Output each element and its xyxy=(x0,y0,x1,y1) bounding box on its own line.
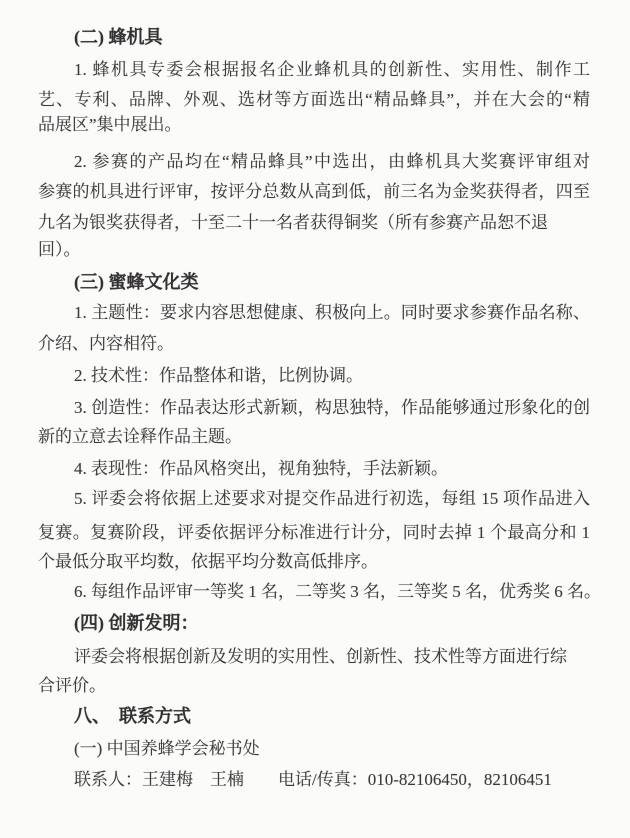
paragraph-line: 艺、专利、品牌、外观、选材等方面选出“精品蜂具”，并在大会的“精 xyxy=(38,88,590,111)
paragraph-line: 复赛。复赛阶段，评委依据评分标准进行计分，同时去掉 1 个最高分和 1 xyxy=(38,521,590,544)
paragraph-line: 3. 创造性：作品表达形式新颖，构思独特，作品能够通过形象化的创 xyxy=(74,396,590,419)
section-heading-bee-culture: (三) 蜜蜂文化类 xyxy=(74,271,590,294)
paragraph-line: 1. 主题性：要求内容思想健康、积极向上。同时要求参赛作品名称、 xyxy=(74,301,590,324)
section-heading-bee-equipment: (二) 蜂机具 xyxy=(74,26,590,49)
paragraph-line: 参赛的机具进行评审，按评分总数从高到低，前三名为金奖获得者，四至 xyxy=(38,180,590,203)
paragraph-line: 合评价。 xyxy=(38,674,590,697)
paragraph-line: 6. 每组作品评审一等奖 1 名，二等奖 3 名，三等奖 5 名，优秀奖 6 名… xyxy=(74,580,590,603)
paragraph-line: 个最低分取平均数，依据平均分数高低排序。 xyxy=(38,550,590,573)
contact-person-phone: 联系人：王建梅 王楠 电话/传真：010-82106450，82106451 xyxy=(74,768,590,791)
paragraph-line: 5. 评委会将依据上述要求对提交作品进行初选，每组 15 项作品进入 xyxy=(74,487,590,510)
paragraph-line: 回）。 xyxy=(38,238,590,261)
paragraph-line: 2. 参赛的产品均在“精品蜂具”中选出，由蜂机具大奖赛评审组对 xyxy=(74,150,590,173)
paragraph-line: 九名为银奖获得者，十至二十一名者获得铜奖（所有参赛产品恕不退 xyxy=(38,211,590,234)
paragraph-line: 2. 技术性：作品整体和谐，比例协调。 xyxy=(74,364,590,387)
scanned-document-page: (二) 蜂机具 1. 蜂机具专委会根据报名企业蜂机具的创新性、实用性、制作工 艺… xyxy=(0,0,630,838)
paragraph-line: 新的立意去诠释作品主题。 xyxy=(38,425,590,448)
paragraph-line: 介绍、内容相符。 xyxy=(38,332,590,355)
contact-org: (一) 中国养蜂学会秘书处 xyxy=(74,737,590,760)
paragraph-line: 1. 蜂机具专委会根据报名企业蜂机具的创新性、实用性、制作工 xyxy=(74,58,590,81)
section-heading-contact: 八、 联系方式 xyxy=(74,705,590,728)
section-heading-innovation: (四) 创新发明： xyxy=(74,612,590,635)
paragraph-line: 品展区”集中展出。 xyxy=(38,113,590,136)
paragraph-line: 4. 表现性：作品风格突出，视角独特，手法新颖。 xyxy=(74,457,590,480)
paragraph-line: 评委会将根据创新及发明的实用性、创新性、技术性等方面进行综 xyxy=(74,645,590,668)
